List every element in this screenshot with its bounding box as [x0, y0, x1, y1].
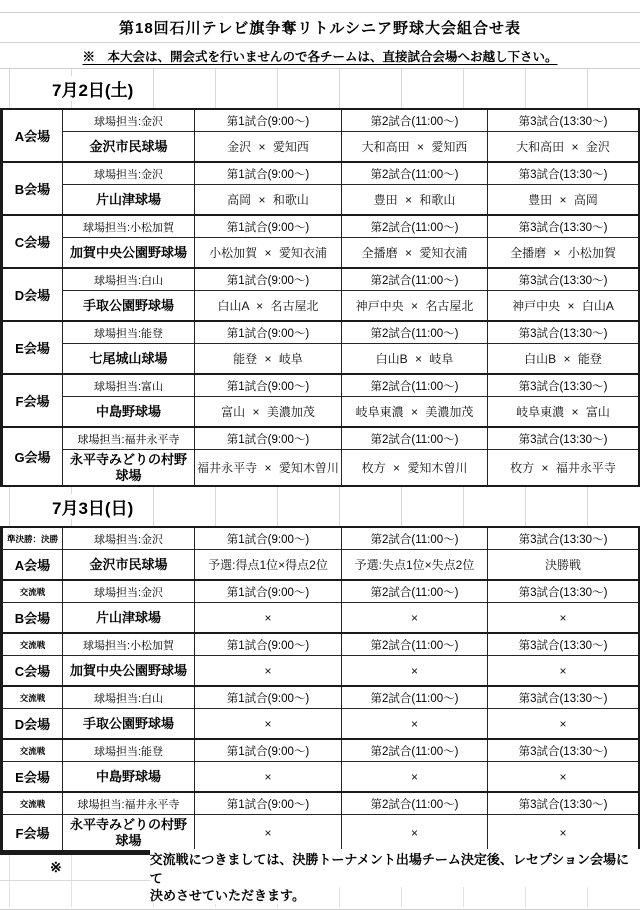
game-header-cell: 第1試合(9:00～)	[195, 216, 342, 238]
game-header-cell: 第2試合(11:00～)	[342, 634, 488, 656]
game-header-cell: 第2試合(11:00～)	[342, 269, 488, 291]
game-header-cell: 第1試合(9:00～)	[195, 793, 342, 815]
game-header-cell: 第1試合(9:00～)	[195, 634, 342, 656]
venue-table: 準決勝：決勝A会場球場担当:金沢第1試合(9:00～)第2試合(11:00～)第…	[0, 526, 640, 852]
duty-cell: 球場担当:能登	[63, 322, 195, 344]
duty-cell: 球場担当:金沢	[63, 163, 195, 185]
match-cell: 富山 × 美濃加茂	[195, 397, 342, 426]
venue-cell: B会場	[3, 163, 63, 214]
venue-block: 交流戦B会場球場担当:金沢第1試合(9:00～)第2試合(11:00～)第3試合…	[3, 579, 638, 632]
match-cell: 高岡 × 和歌山	[195, 185, 342, 214]
date-label: 7月2日(土)	[52, 76, 139, 101]
venue-cell: E会場	[3, 322, 63, 373]
game-header-cell: 第3試合(13:30～)	[488, 110, 638, 132]
venue-block: G会場球場担当:福井永平寺第1試合(9:00～)第2試合(11:00～)第3試合…	[3, 426, 638, 485]
game-header-cell: 第2試合(11:00～)	[342, 687, 488, 709]
footer-text-1: 交流戦につきましては、決勝トーナメント出場チーム決定後、レセプション会場にて	[150, 849, 640, 887]
game-header-cell: 第3試合(13:30～)	[488, 740, 638, 762]
footer-note: ※ 交流戦につきましては、決勝トーナメント出場チーム決定後、レセプション会場にて…	[0, 852, 640, 907]
match-cell: 大和高田 × 愛知西	[342, 132, 488, 161]
game-header-cell: 第1試合(9:00～)	[195, 740, 342, 762]
game-header-cell: 第1試合(9:00～)	[195, 375, 342, 397]
game-header-cell: 第1試合(9:00～)	[195, 581, 342, 603]
game-header-cell: 第2試合(11:00～)	[342, 375, 488, 397]
match-cell: ×	[195, 709, 342, 738]
match-cell: 全播磨 × 愛知衣浦	[342, 238, 488, 267]
game-header-cell: 第1試合(9:00～)	[195, 163, 342, 185]
game-header-cell: 第2試合(11:00～)	[342, 740, 488, 762]
round-tag: 交流戦	[3, 793, 63, 815]
duty-cell: 球場担当:小松加賀	[63, 634, 195, 656]
footer-text-2: 決めさせていただきます。	[150, 885, 305, 904]
stadium-cell: 永平寺みどりの村野球場	[63, 815, 195, 850]
page-title: 第18回石川テレビ旗争奪リトルシニア野球大会組合せ表	[0, 13, 640, 43]
game-header-cell: 第3試合(13:30～)	[488, 322, 638, 344]
match-cell: 福井永平寺 × 愛知木曽川	[195, 450, 342, 485]
game-header-cell: 第1試合(9:00～)	[195, 322, 342, 344]
match-cell: 豊田 × 和歌山	[342, 185, 488, 214]
stadium-cell: 七尾城山球場	[63, 344, 195, 373]
match-cell: ×	[488, 603, 638, 632]
venue-block: A会場球場担当:金沢第1試合(9:00～)第2試合(11:00～)第3試合(13…	[3, 110, 638, 161]
stadium-cell: 手取公園野球場	[63, 709, 195, 738]
footer-mark: ※	[50, 859, 150, 876]
game-header-cell: 第3試合(13:30～)	[488, 793, 638, 815]
match-cell: 白山B × 岐阜	[342, 344, 488, 373]
game-header-cell: 第1試合(9:00～)	[195, 528, 342, 550]
game-header-cell: 第1試合(9:00～)	[195, 687, 342, 709]
duty-cell: 球場担当:能登	[63, 740, 195, 762]
match-cell: 枚方 × 福井永平寺	[488, 450, 638, 485]
match-cell: ×	[195, 656, 342, 685]
game-header-cell: 第2試合(11:00～)	[342, 793, 488, 815]
game-header-cell: 第2試合(11:00～)	[342, 216, 488, 238]
game-header-cell: 第3試合(13:30～)	[488, 428, 638, 450]
match-cell: 全播磨 × 小松加賀	[488, 238, 638, 267]
stadium-cell: 永平寺みどりの村野球場	[63, 450, 195, 485]
stadium-cell: 金沢市民球場	[63, 132, 195, 161]
game-header-cell: 第3試合(13:30～)	[488, 687, 638, 709]
venue-block: E会場球場担当:能登第1試合(9:00～)第2試合(11:00～)第3試合(13…	[3, 320, 638, 373]
duty-cell: 球場担当:小松加賀	[63, 216, 195, 238]
venue-block: D会場球場担当:白山第1試合(9:00～)第2試合(11:00～)第3試合(13…	[3, 267, 638, 320]
venue-cell: B会場	[3, 603, 63, 632]
game-header-cell: 第3試合(13:30～)	[488, 634, 638, 656]
date-label: 7月3日(日)	[52, 494, 139, 519]
match-cell: 予選:失点1位×失点2位	[342, 550, 488, 579]
duty-cell: 球場担当:金沢	[63, 528, 195, 550]
game-header-cell: 第1試合(9:00～)	[195, 269, 342, 291]
match-cell: 白山B × 能登	[488, 344, 638, 373]
match-cell: 能登 × 岐阜	[195, 344, 342, 373]
match-cell: ×	[195, 603, 342, 632]
round-tag: 交流戦	[3, 634, 63, 656]
game-header-cell: 第3試合(13:30～)	[488, 581, 638, 603]
notice-row: ※ 本大会は、開会式を行いませんので各チームは、直接試合会場へお越し下さい。	[0, 43, 640, 69]
venue-block: 交流戦C会場球場担当:小松加賀第1試合(9:00～)第2試合(11:00～)第3…	[3, 632, 638, 685]
venue-cell: D会場	[3, 709, 63, 738]
duty-cell: 球場担当:白山	[63, 269, 195, 291]
game-header-cell: 第2試合(11:00～)	[342, 528, 488, 550]
venue-cell: F会場	[3, 375, 63, 426]
round-tag: 交流戦	[3, 740, 63, 762]
duty-cell: 球場担当:白山	[63, 687, 195, 709]
footer-line-1: ※ 交流戦につきましては、決勝トーナメント出場チーム決定後、レセプション会場にて	[0, 855, 640, 881]
date-row: 7月3日(日)	[0, 487, 640, 526]
game-header-cell: 第2試合(11:00～)	[342, 581, 488, 603]
game-header-cell: 第3試合(13:30～)	[488, 163, 638, 185]
game-header-cell: 第2試合(11:00～)	[342, 428, 488, 450]
match-cell: 豊田 × 高岡	[488, 185, 638, 214]
venue-block: 交流戦E会場球場担当:能登第1試合(9:00～)第2試合(11:00～)第3試合…	[3, 738, 638, 791]
match-cell: ×	[195, 815, 342, 850]
venue-cell: F会場	[3, 815, 63, 850]
venue-cell: C会場	[3, 656, 63, 685]
game-header-cell: 第3試合(13:30～)	[488, 375, 638, 397]
match-cell: 白山A × 名古屋北	[195, 291, 342, 320]
match-cell: ×	[342, 815, 488, 850]
duty-cell: 球場担当:福井永平寺	[63, 428, 195, 450]
venue-block: 交流戦D会場球場担当:白山第1試合(9:00～)第2試合(11:00～)第3試合…	[3, 685, 638, 738]
stadium-cell: 金沢市民球場	[63, 550, 195, 579]
venue-cell: D会場	[3, 269, 63, 320]
match-cell: ×	[488, 709, 638, 738]
match-cell: ×	[342, 709, 488, 738]
match-cell: ×	[342, 603, 488, 632]
game-header-cell: 第3試合(13:30～)	[488, 216, 638, 238]
duty-cell: 球場担当:富山	[63, 375, 195, 397]
schedule-sheet: 第18回石川テレビ旗争奪リトルシニア野球大会組合せ表 ※ 本大会は、開会式を行い…	[0, 0, 640, 910]
venue-cell: A会場	[3, 550, 63, 579]
venue-block: 準決勝：決勝A会場球場担当:金沢第1試合(9:00～)第2試合(11:00～)第…	[3, 528, 638, 579]
match-cell: ×	[488, 815, 638, 850]
top-spacer	[0, 0, 640, 13]
stadium-cell: 片山津球場	[63, 603, 195, 632]
stadium-cell: 加賀中央公園野球場	[63, 238, 195, 267]
round-tag: 交流戦	[3, 581, 63, 603]
venue-cell: E会場	[3, 762, 63, 791]
round-tag: 準決勝：決勝	[3, 528, 63, 550]
game-header-cell: 第2試合(11:00～)	[342, 163, 488, 185]
venue-block: B会場球場担当:金沢第1試合(9:00～)第2試合(11:00～)第3試合(13…	[3, 161, 638, 214]
match-cell: 岐阜東濃 × 美濃加茂	[342, 397, 488, 426]
venue-block: F会場球場担当:富山第1試合(9:00～)第2試合(11:00～)第3試合(13…	[3, 373, 638, 426]
venue-block: 交流戦F会場球場担当:福井永平寺第1試合(9:00～)第2試合(11:00～)第…	[3, 791, 638, 850]
venue-cell: G会場	[3, 428, 63, 485]
notice-text: ※ 本大会は、開会式を行いませんので各チームは、直接試合会場へお越し下さい。	[82, 47, 557, 65]
round-tag: 交流戦	[3, 687, 63, 709]
match-cell: 小松加賀 × 愛知衣浦	[195, 238, 342, 267]
game-header-cell: 第2試合(11:00～)	[342, 322, 488, 344]
match-cell: ×	[488, 762, 638, 791]
stadium-cell: 中島野球場	[63, 762, 195, 791]
stadium-cell: 中島野球場	[63, 397, 195, 426]
match-cell: ×	[488, 656, 638, 685]
game-header-cell: 第3試合(13:30～)	[488, 269, 638, 291]
venue-cell: A会場	[3, 110, 63, 161]
match-cell: 決勝戦	[488, 550, 638, 579]
sections-container: 7月2日(土)A会場球場担当:金沢第1試合(9:00～)第2試合(11:00～)…	[0, 69, 640, 852]
venue-table: A会場球場担当:金沢第1試合(9:00～)第2試合(11:00～)第3試合(13…	[0, 108, 640, 487]
match-cell: 岐阜東濃 × 富山	[488, 397, 638, 426]
match-cell: 枚方 × 愛知木曽川	[342, 450, 488, 485]
duty-cell: 球場担当:福井永平寺	[63, 793, 195, 815]
game-header-cell: 第1試合(9:00～)	[195, 428, 342, 450]
game-header-cell: 第3試合(13:30～)	[488, 528, 638, 550]
match-cell: ×	[342, 656, 488, 685]
date-row: 7月2日(土)	[0, 69, 640, 108]
match-cell: 予選:得点1位×得点2位	[195, 550, 342, 579]
venue-block: C会場球場担当:小松加賀第1試合(9:00～)第2試合(11:00～)第3試合(…	[3, 214, 638, 267]
duty-cell: 球場担当:金沢	[63, 110, 195, 132]
venue-cell: C会場	[3, 216, 63, 267]
stadium-cell: 加賀中央公園野球場	[63, 656, 195, 685]
game-header-cell: 第2試合(11:00～)	[342, 110, 488, 132]
stadium-cell: 片山津球場	[63, 185, 195, 214]
duty-cell: 球場担当:金沢	[63, 581, 195, 603]
match-cell: 金沢 × 愛知西	[195, 132, 342, 161]
match-cell: 大和高田 × 金沢	[488, 132, 638, 161]
game-header-cell: 第1試合(9:00～)	[195, 110, 342, 132]
match-cell: 神戸中央 × 名古屋北	[342, 291, 488, 320]
match-cell: 神戸中央 × 白山A	[488, 291, 638, 320]
match-cell: ×	[342, 762, 488, 791]
stadium-cell: 手取公園野球場	[63, 291, 195, 320]
match-cell: ×	[195, 762, 342, 791]
